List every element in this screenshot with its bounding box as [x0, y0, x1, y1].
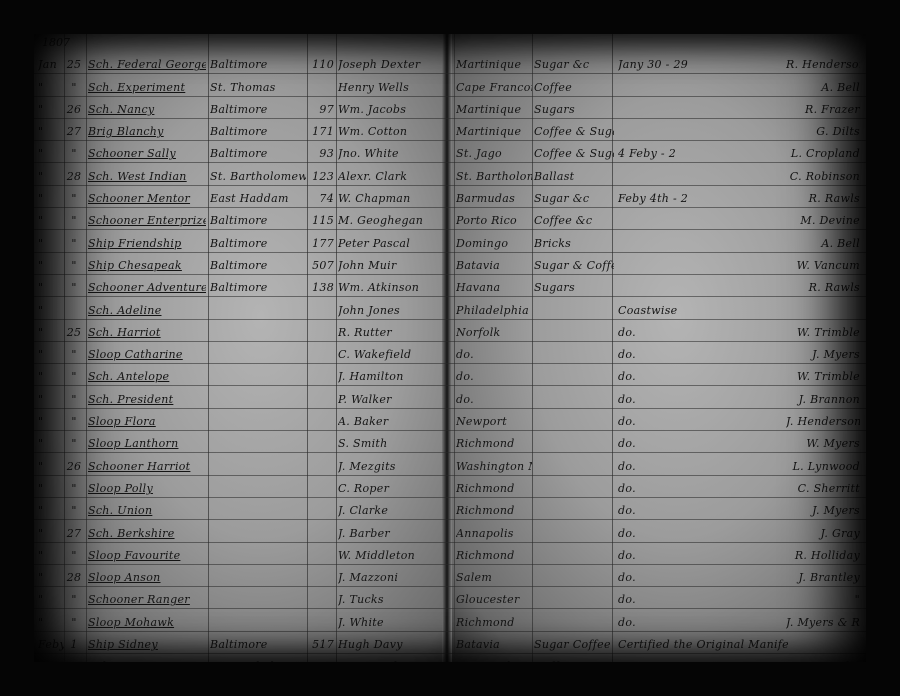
consignee-cell: C. Sherritt: [786, 482, 860, 495]
consignee-cell: A. Bell: [786, 237, 860, 250]
departure-port-cell: St. Bartholomew: [456, 170, 532, 183]
cargo-cell: Ballast: [534, 170, 614, 183]
departure-port-cell: Richmond: [456, 482, 532, 495]
vessel-name-cell: Ship Chesapeak: [88, 259, 206, 272]
departure-port-cell: Salem: [456, 571, 532, 584]
departure-port-cell: Batavia: [456, 259, 532, 272]
ledger-scan: 1807 Jan25Sch. Federal GeorgeBaltimore11…: [34, 34, 866, 662]
departure-port-cell: Gloucester: [456, 593, 532, 606]
remark-cell: do.: [618, 593, 788, 606]
month-cell: ": [38, 482, 64, 495]
departure-port-cell: Richmond: [456, 437, 532, 450]
month-cell: ": [38, 504, 64, 517]
ledger-row: ""Sch. PresidentP. Walker: [34, 386, 446, 408]
ledger-row: DomingoBricksA. Bell: [446, 230, 866, 252]
consignee-cell: W. Trimble: [786, 370, 860, 383]
ledger-row: ""Sch. AntelopeJ. Hamilton: [34, 364, 446, 386]
tonnage-cell: 507: [306, 259, 334, 272]
month-cell: ": [38, 593, 64, 606]
month-cell: ": [38, 326, 64, 339]
month-cell: ": [38, 103, 64, 116]
departure-port-cell: Cape Francois: [456, 81, 532, 94]
master-name-cell: J. White: [338, 616, 442, 629]
ledger-row: Norfolkdo.W. Trimble: [446, 320, 866, 342]
ledger-row: ""Sloop MohawkJ. White: [34, 609, 446, 631]
master-name-cell: Wm. Atkinson: [338, 281, 442, 294]
consignee-cell: J. Gray: [786, 527, 860, 540]
cargo-cell: Coffee: [534, 81, 614, 94]
ledger-row: ""Sloop FloraA. Baker: [34, 409, 446, 431]
master-name-cell: Hugh Davy: [338, 638, 442, 651]
month-cell: ": [38, 125, 64, 138]
tonnage-cell: 171: [306, 125, 334, 138]
departure-port-cell: Batavia: [456, 638, 532, 651]
departure-port-cell: Jaquemel: [456, 660, 532, 662]
home-port-cell: Baltimore: [210, 259, 306, 272]
ledger-row: Annapolisdo.J. Gray: [446, 520, 866, 542]
departure-port-cell: Richmond: [456, 504, 532, 517]
home-port-cell: St. Bartholomew: [210, 660, 306, 662]
master-name-cell: Wm. Jacobs: [338, 103, 442, 116]
ledger-row: PhiladelphiaCoastwise: [446, 297, 866, 319]
ledger-row: BataviaSugar Coffee &cCertified the Orig…: [446, 632, 866, 654]
consignee-cell: R. Frazer: [786, 103, 860, 116]
remark-cell: Certified the Original Manifest: [618, 638, 788, 651]
month-cell: ": [38, 170, 64, 183]
ledger-row: ""Schooner EnterprizeBaltimore115M. Geog…: [34, 208, 446, 230]
month-cell: ": [38, 304, 64, 317]
remark-cell: do.: [618, 504, 788, 517]
master-name-cell: J. Hamilton: [338, 370, 442, 383]
departure-port-cell: Havana: [456, 281, 532, 294]
ledger-row: ""Sloop CatharineC. Wakefield: [34, 342, 446, 364]
day-cell: 26: [64, 460, 84, 473]
departure-port-cell: Barmudas: [456, 192, 532, 205]
left-ledger-rows: Jan25Sch. Federal GeorgeBaltimore110Jose…: [34, 52, 446, 662]
departure-port-cell: Domingo: [456, 237, 532, 250]
home-port-cell: St. Thomas: [210, 81, 306, 94]
ledger-row: MartiniqueCoffee & SugarG. Dilts: [446, 119, 866, 141]
month-cell: ": [38, 259, 64, 272]
vessel-name-cell: Sloop Polly: [88, 482, 206, 495]
ledger-row: "27Sch. BerkshireJ. Barber: [34, 520, 446, 542]
day-cell: ": [64, 660, 84, 662]
ledger-row: St. BartholomewBallastC. Robinson: [446, 163, 866, 185]
vessel-name-cell: Sch. Harriot: [88, 326, 206, 339]
month-cell: ": [38, 192, 64, 205]
home-port-cell: Baltimore: [210, 103, 306, 116]
day-cell: ": [64, 348, 84, 361]
home-port-cell: Baltimore: [210, 125, 306, 138]
consignee-cell: R. Holliday: [786, 549, 860, 562]
remark-cell: do.: [618, 527, 788, 540]
consignee-cell: R. Rawls: [786, 192, 860, 205]
cargo-cell: Coffee & Sugar: [534, 125, 614, 138]
ledger-row: Richmonddo.W. Myers: [446, 431, 866, 453]
ledger-row: St. JagoCoffee & Sugar4 Feby - 2L. Cropl…: [446, 141, 866, 163]
ledger-row: ""Sch. UnionJ. Clarke: [34, 498, 446, 520]
cargo-cell: Sugar &c: [534, 192, 614, 205]
remark-cell: do.: [618, 348, 788, 361]
master-name-cell: Peter Pascal: [338, 237, 442, 250]
vessel-name-cell: Ship Friendship: [88, 237, 206, 250]
year-heading: 1807: [42, 36, 70, 49]
vessel-name-cell: Sloop Catharine: [88, 348, 206, 361]
day-cell: ": [64, 415, 84, 428]
day-cell: ": [64, 593, 84, 606]
vessel-name-cell: Sch. Nancy: [88, 103, 206, 116]
vessel-name-cell: Brig Blanchy: [88, 125, 206, 138]
consignee-cell: R. Henderson: [786, 58, 860, 71]
vessel-name-cell: Sloop Mohawk: [88, 616, 206, 629]
tonnage-cell: 74: [306, 192, 334, 205]
remark-cell: do.: [618, 437, 788, 450]
day-cell: ": [64, 370, 84, 383]
day-cell: ": [64, 81, 84, 94]
ledger-row: Jan25Sch. Federal GeorgeBaltimore110Jose…: [34, 52, 446, 74]
master-name-cell: J. Mazzoni: [338, 571, 442, 584]
cargo-cell: Sugars: [534, 103, 614, 116]
home-port-cell: Baltimore: [210, 147, 306, 160]
month-cell: ": [38, 370, 64, 383]
vessel-name-cell: Sloop Flora: [88, 415, 206, 428]
day-cell: ": [64, 192, 84, 205]
ledger-row: do.do.J. Brannon: [446, 386, 866, 408]
consignee-cell: J. Myers & R. Frazer: [786, 616, 860, 629]
master-name-cell: Wm. Cotton: [338, 125, 442, 138]
cargo-cell: Coffee & Sugar: [534, 147, 614, 160]
remark-cell: Jany 30 - 29: [618, 58, 788, 71]
ledger-row: do.do.W. Trimble: [446, 364, 866, 386]
day-cell: 27: [64, 125, 84, 138]
ledger-row: "28Sch. West IndianSt. Bartholomew123Ale…: [34, 163, 446, 185]
ledger-row: BarmudasSugar &cFeby 4th - 2R. Rawls: [446, 186, 866, 208]
tonnage-cell: 110: [306, 58, 334, 71]
right-ledger-rows: MartiniqueSugar &cJany 30 - 29R. Henders…: [446, 52, 866, 662]
vessel-name-cell: Sloop Favourite: [88, 549, 206, 562]
vessel-name-cell: Ship Sidney: [88, 638, 206, 651]
ledger-row: Washington NCdo.L. Lynwood: [446, 453, 866, 475]
ledger-row: Salemdo.J. Brantley: [446, 565, 866, 587]
consignee-cell: W. Myers: [786, 437, 860, 450]
left-page: 1807 Jan25Sch. Federal GeorgeBaltimore11…: [34, 34, 446, 662]
day-cell: ": [64, 147, 84, 160]
consignee-cell: J. Brannon: [786, 393, 860, 406]
consignee-cell: J. Myers: [786, 348, 860, 361]
month-cell: ": [38, 527, 64, 540]
home-port-cell: East Haddam: [210, 192, 306, 205]
month-cell: ": [38, 281, 64, 294]
home-port-cell: Baltimore: [210, 214, 306, 227]
ledger-row: MartiniqueSugar &cJany 30 - 29R. Henders…: [446, 52, 866, 74]
vessel-name-cell: Schooner Harriot: [88, 460, 206, 473]
ledger-row: Cape FrancoisCoffeeA. Bell: [446, 74, 866, 96]
consignee-cell: J. Henderson: [786, 415, 860, 428]
master-name-cell: John Jones: [338, 304, 442, 317]
home-port-cell: Baltimore: [210, 638, 306, 651]
consignee-cell: C. Robinson: [786, 170, 860, 183]
day-cell: 25: [64, 326, 84, 339]
ledger-row: Feby1Ship SidneyBaltimore517Hugh Davy: [34, 632, 446, 654]
vessel-name-cell: Sch. Berkshire: [88, 527, 206, 540]
vessel-name-cell: Schooner Mentor: [88, 192, 206, 205]
consignee-cell: R. Rawls: [786, 281, 860, 294]
day-cell: ": [64, 549, 84, 562]
day-cell: 27: [64, 527, 84, 540]
ledger-row: "28Sloop AnsonJ. Mazzoni: [34, 565, 446, 587]
vessel-name-cell: Sloop Anson: [88, 571, 206, 584]
day-cell: 25: [64, 58, 84, 71]
cargo-cell: Sugar & Coffee: [534, 259, 614, 272]
month-cell: ": [38, 571, 64, 584]
departure-port-cell: St. Jago: [456, 147, 532, 160]
remark-cell: do.: [618, 571, 788, 584]
departure-port-cell: Washington NC: [456, 460, 532, 473]
master-name-cell: P. Walker: [338, 393, 442, 406]
ledger-row: Gloucesterdo.": [446, 587, 866, 609]
ledger-row: Porto RicoCoffee &cM. Devine: [446, 208, 866, 230]
remark-cell: do.: [618, 393, 788, 406]
master-name-cell: J. Tucks: [338, 593, 442, 606]
remark-cell: Feby 4th - 2: [618, 192, 788, 205]
month-cell: ": [38, 660, 64, 662]
vessel-name-cell: Schooner Enterprize: [88, 214, 206, 227]
vessel-name-cell: Schooner Ranger: [88, 593, 206, 606]
month-cell: ": [38, 393, 64, 406]
departure-port-cell: do.: [456, 348, 532, 361]
day-cell: 28: [64, 571, 84, 584]
vessel-name-cell: Sch. President: [88, 393, 206, 406]
master-name-cell: John Muir: [338, 259, 442, 272]
home-port-cell: Baltimore: [210, 281, 306, 294]
ledger-row: ""Sloop FavouriteW. Middleton: [34, 543, 446, 565]
cargo-cell: Sugar &c: [534, 58, 614, 71]
ledger-row: Richmonddo.J. Myers: [446, 498, 866, 520]
master-name-cell: W. Chapman: [338, 192, 442, 205]
departure-port-cell: Norfolk: [456, 326, 532, 339]
cargo-cell: Bricks: [534, 237, 614, 250]
month-cell: ": [38, 237, 64, 250]
cargo-cell: Sugars: [534, 281, 614, 294]
tonnage-cell: 123: [306, 170, 334, 183]
day-cell: ": [64, 504, 84, 517]
remark-cell: do.: [618, 460, 788, 473]
tonnage-cell: 517: [306, 638, 334, 651]
ledger-row: ""Ship ChesapeakBaltimore507John Muir: [34, 253, 446, 275]
departure-port-cell: Annapolis: [456, 527, 532, 540]
departure-port-cell: Newport: [456, 415, 532, 428]
month-cell: ": [38, 147, 64, 160]
ledger-row: "26Schooner HarriotJ. Mezgits: [34, 453, 446, 475]
master-name-cell: Henry Wells: [338, 81, 442, 94]
master-name-cell: M. Geoghegan: [338, 214, 442, 227]
ledger-row: ""Schooner AdventureBaltimore138Wm. Atki…: [34, 275, 446, 297]
vessel-name-cell: Sch. Union: [88, 504, 206, 517]
master-name-cell: A. Baker: [338, 415, 442, 428]
master-name-cell: Alexr. Clark: [338, 170, 442, 183]
cargo-cell: Sugar Coffee &c: [534, 638, 614, 651]
right-page: MartiniqueSugar &cJany 30 - 29R. Henders…: [446, 34, 866, 662]
departure-port-cell: Martinique: [456, 103, 532, 116]
day-cell: ": [64, 616, 84, 629]
master-name-cell: W. Middleton: [338, 549, 442, 562]
month-cell: ": [38, 549, 64, 562]
month-cell: ": [38, 616, 64, 629]
master-name-cell: S. Smith: [338, 437, 442, 450]
tonnage-cell: 177: [306, 237, 334, 250]
consignee-cell: J. Myers: [786, 504, 860, 517]
vessel-name-cell: Sch. Adeline: [88, 304, 206, 317]
departure-port-cell: Richmond: [456, 549, 532, 562]
master-name-cell: R. Rutter: [338, 326, 442, 339]
remark-cell: Coastwise: [618, 304, 788, 317]
remark-cell: do.: [618, 326, 788, 339]
ledger-row: do.do.J. Myers: [446, 342, 866, 364]
ledger-row: ""Schooner MentorEast Haddam74W. Chapman: [34, 186, 446, 208]
consignee-cell: W. Trimble: [786, 326, 860, 339]
master-name-cell: J. Mezgits: [338, 460, 442, 473]
ledger-row: BataviaSugar & CoffeeW. Vancum: [446, 253, 866, 275]
master-name-cell: C. Petit Bly: [338, 660, 442, 662]
remark-cell: do.: [618, 370, 788, 383]
consignee-cell: G. Dilts: [786, 660, 860, 662]
tonnage-cell: 115: [306, 214, 334, 227]
day-cell: ": [64, 482, 84, 495]
consignee-cell: M. Devine: [786, 214, 860, 227]
departure-port-cell: Martinique: [456, 58, 532, 71]
day-cell: ": [64, 437, 84, 450]
ledger-row: Newportdo.J. Henderson: [446, 409, 866, 431]
home-port-cell: St. Bartholomew: [210, 170, 306, 183]
remark-cell: do.: [618, 415, 788, 428]
ledger-row: HavanaSugarsR. Rawls: [446, 275, 866, 297]
consignee-cell: J. Brantley: [786, 571, 860, 584]
remark-cell: do.: [618, 482, 788, 495]
cargo-cell: Coffee: [534, 660, 614, 662]
day-cell: 28: [64, 170, 84, 183]
remark-cell: do.: [618, 616, 788, 629]
month-cell: ": [38, 415, 64, 428]
home-port-cell: Baltimore: [210, 237, 306, 250]
ledger-row: Richmonddo.R. Holliday: [446, 543, 866, 565]
departure-port-cell: Martinique: [456, 125, 532, 138]
day-cell: ": [64, 281, 84, 294]
day-cell: 26: [64, 103, 84, 116]
tonnage-cell: 138: [306, 281, 334, 294]
departure-port-cell: do.: [456, 393, 532, 406]
consignee-cell: L. Cropland: [786, 147, 860, 160]
departure-port-cell: do.: [456, 370, 532, 383]
departure-port-cell: Porto Rico: [456, 214, 532, 227]
ledger-row: ""Schooner RangerJ. Tucks: [34, 587, 446, 609]
consignee-cell: A. Bell: [786, 81, 860, 94]
consignee-cell: W. Vancum: [786, 259, 860, 272]
ledger-row: "27Brig BlanchyBaltimore171Wm. Cotton: [34, 119, 446, 141]
vessel-name-cell: Sch. Experiment: [88, 81, 206, 94]
tonnage-cell: 97: [306, 103, 334, 116]
master-name-cell: J. Clarke: [338, 504, 442, 517]
day-cell: ": [64, 259, 84, 272]
departure-port-cell: Richmond: [456, 616, 532, 629]
day-cell: ": [64, 393, 84, 406]
ledger-row: Richmonddo.J. Myers & R. Frazer: [446, 609, 866, 631]
month-cell: ": [38, 437, 64, 450]
month-cell: ": [38, 81, 64, 94]
remark-cell: 4 Feby - 2: [618, 147, 788, 160]
ledger-row: "25Sch. HarriotR. Rutter: [34, 320, 446, 342]
master-name-cell: C. Roper: [338, 482, 442, 495]
vessel-name-cell: Sch. Antelope: [88, 370, 206, 383]
ledger-row: ""Schooner StewartSt. BartholomewC. Peti…: [34, 654, 446, 662]
home-port-cell: Baltimore: [210, 58, 306, 71]
ledger-row: ""Schooner SallyBaltimore93Jno. White: [34, 141, 446, 163]
month-cell: Feby: [38, 638, 64, 651]
day-cell: ": [64, 214, 84, 227]
ledger-row: Richmonddo.C. Sherritt: [446, 476, 866, 498]
master-name-cell: Jno. White: [338, 147, 442, 160]
ledger-row: JaquemelCoffeeG. Dilts: [446, 654, 866, 662]
month-cell: Jan: [38, 58, 64, 71]
consignee-cell: L. Lynwood: [786, 460, 860, 473]
vessel-name-cell: Schooner Stewart: [88, 660, 206, 662]
departure-port-cell: Philadelphia: [456, 304, 532, 317]
vessel-name-cell: Sch. West Indian: [88, 170, 206, 183]
day-cell: 1: [64, 638, 84, 651]
vessel-name-cell: Schooner Sally: [88, 147, 206, 160]
ledger-row: ""Sloop PollyC. Roper: [34, 476, 446, 498]
cargo-cell: Coffee &c: [534, 214, 614, 227]
remark-cell: do.: [618, 549, 788, 562]
ledger-row: MartiniqueSugarsR. Frazer: [446, 97, 866, 119]
consignee-cell: G. Dilts: [786, 125, 860, 138]
day-cell: ": [64, 237, 84, 250]
vessel-name-cell: Sloop Lanthorn: [88, 437, 206, 450]
ledger-row: "26Sch. NancyBaltimore97Wm. Jacobs: [34, 97, 446, 119]
vessel-name-cell: Schooner Adventure: [88, 281, 206, 294]
master-name-cell: Joseph Dexter: [338, 58, 442, 71]
ledger-row: "Sch. AdelineJohn Jones: [34, 297, 446, 319]
ledger-row: ""Ship FriendshipBaltimore177Peter Pasca…: [34, 230, 446, 252]
month-cell: ": [38, 460, 64, 473]
month-cell: ": [38, 348, 64, 361]
master-name-cell: J. Barber: [338, 527, 442, 540]
ledger-row: ""Sch. ExperimentSt. ThomasHenry Wells: [34, 74, 446, 96]
month-cell: ": [38, 214, 64, 227]
consignee-cell: ": [786, 593, 860, 606]
tonnage-cell: 93: [306, 147, 334, 160]
ledger-row: ""Sloop LanthornS. Smith: [34, 431, 446, 453]
master-name-cell: C. Wakefield: [338, 348, 442, 361]
vessel-name-cell: Sch. Federal George: [88, 58, 206, 71]
